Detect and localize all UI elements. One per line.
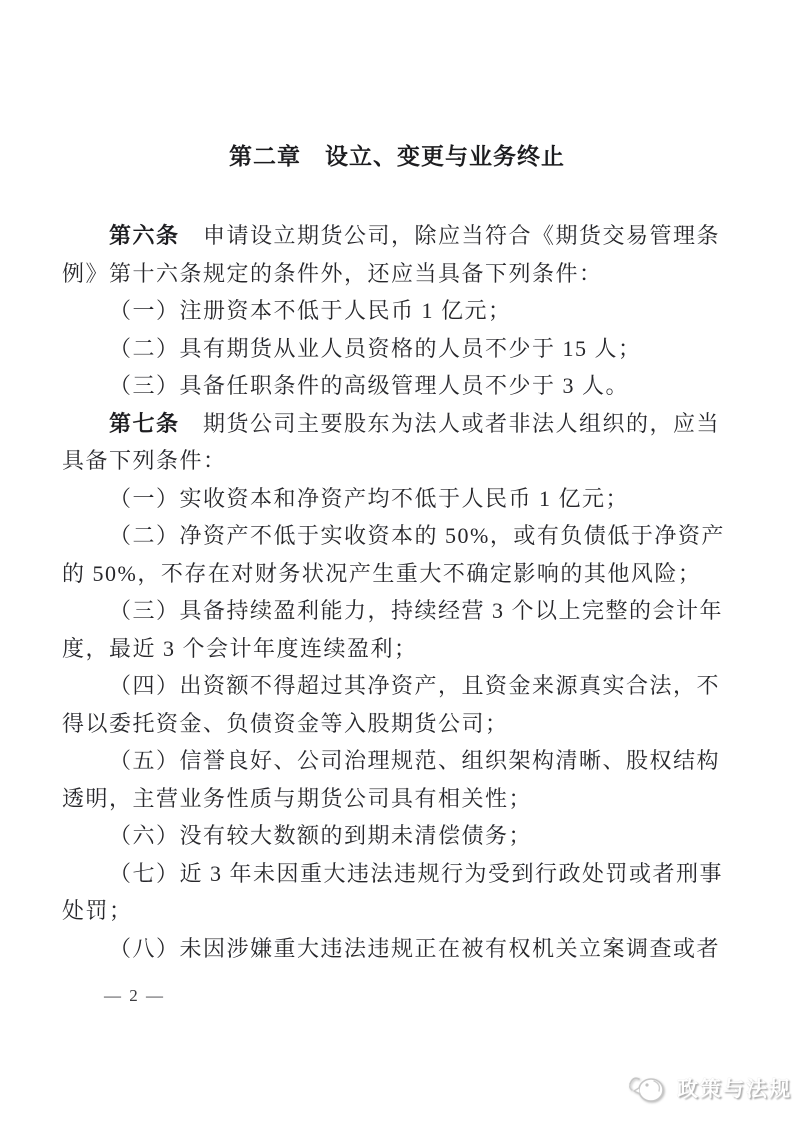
text-line: （六）没有较大数额的到期未清偿债务；: [62, 817, 754, 855]
article-number: 第六条: [109, 223, 180, 248]
line-text: （六）没有较大数额的到期未清偿债务；: [109, 823, 532, 848]
text-line: （八）未因涉嫌重大违法违规正在被有权机关立案调查或者: [62, 930, 754, 968]
text-line: 具备下列条件：: [62, 442, 754, 480]
text-line: （四）出资额不得超过其净资产，且资金来源真实合法，不: [62, 667, 754, 705]
text-line: （一）实收资本和净资产均不低于人民币 1 亿元；: [62, 480, 754, 518]
text-line: 第六条 申请设立期货公司，除应当符合《期货交易管理条: [62, 217, 754, 255]
text-line: 度，最近 3 个会计年度连续盈利；: [62, 630, 754, 668]
line-text: （二）具有期货从业人员资格的人员不少于 15 人；: [109, 336, 642, 361]
document-body: 第六条 申请设立期货公司，除应当符合《期货交易管理条 例》第十六条规定的条件外，…: [62, 217, 754, 967]
text-line: 第七条 期货公司主要股东为法人或者非法人组织的，应当: [62, 405, 754, 443]
line-text: 处罚；: [62, 898, 133, 923]
line-text: （三）具备持续盈利能力，持续经营 3 个以上完整的会计年: [109, 598, 723, 623]
text-line: （二）净资产不低于实收资本的 50%，或有负债低于净资产: [62, 517, 754, 555]
line-text: 期货公司主要股东为法人或者非法人组织的，应当: [180, 411, 721, 436]
line-text: 具备下列条件：: [62, 448, 227, 473]
line-text: （四）出资额不得超过其净资产，且资金来源真实合法，不: [109, 673, 720, 698]
watermark-label: 政策与法规: [677, 1073, 792, 1103]
text-line: 例》第十六条规定的条件外，还应当具备下列条件：: [62, 255, 754, 293]
article-number: 第七条: [109, 411, 180, 436]
line-text: （三）具备任职条件的高级管理人员不少于 3 人。: [109, 373, 629, 398]
chapter-title: 第二章 设立、变更与业务终止: [0, 141, 794, 173]
line-text: 的 50%，不存在对财务状况产生重大不确定影响的其他风险；: [62, 561, 701, 586]
line-text: 度，最近 3 个会计年度连续盈利；: [62, 636, 418, 661]
page-number: — 2 —: [104, 986, 165, 1006]
line-text: （一）实收资本和净资产均不低于人民币 1 亿元；: [109, 486, 629, 511]
text-line: （七）近 3 年未因重大违法违规行为受到行政处罚或者刑事: [62, 855, 754, 893]
line-text: （二）净资产不低于实收资本的 50%，或有负债低于净资产: [109, 523, 725, 548]
text-line: （三）具备任职条件的高级管理人员不少于 3 人。: [62, 367, 754, 405]
text-line: 得以委托资金、负债资金等入股期货公司；: [62, 705, 754, 743]
text-line: （三）具备持续盈利能力，持续经营 3 个以上完整的会计年: [62, 592, 754, 630]
text-line: （一）注册资本不低于人民币 1 亿元；: [62, 292, 754, 330]
document-page: 第二章 设立、变更与业务终止 第六条 申请设立期货公司，除应当符合《期货交易管理…: [0, 0, 794, 1123]
line-text: 例》第十六条规定的条件外，还应当具备下列条件：: [62, 261, 603, 286]
watermark: 政策与法规: [626, 1070, 792, 1106]
text-line: 处罚；: [62, 892, 754, 930]
line-text: （八）未因涉嫌重大违法违规正在被有权机关立案调查或者: [109, 936, 720, 961]
text-line: （二）具有期货从业人员资格的人员不少于 15 人；: [62, 330, 754, 368]
line-text: 得以委托资金、负债资金等入股期货公司；: [62, 711, 509, 736]
line-text: （一）注册资本不低于人民币 1 亿元；: [109, 298, 512, 323]
line-text: 申请设立期货公司，除应当符合《期货交易管理条: [180, 223, 721, 248]
text-line: 的 50%，不存在对财务状况产生重大不确定影响的其他风险；: [62, 555, 754, 593]
line-text: （七）近 3 年未因重大违法违规行为受到行政处罚或者刑事: [109, 861, 723, 886]
text-line: （五）信誉良好、公司治理规范、组织架构清晰、股权结构: [62, 742, 754, 780]
chick-logo-icon: [626, 1070, 668, 1106]
line-text: （五）信誉良好、公司治理规范、组织架构清晰、股权结构: [109, 748, 720, 773]
line-text: 透明，主营业务性质与期货公司具有相关性；: [62, 786, 532, 811]
text-line: 透明，主营业务性质与期货公司具有相关性；: [62, 780, 754, 818]
